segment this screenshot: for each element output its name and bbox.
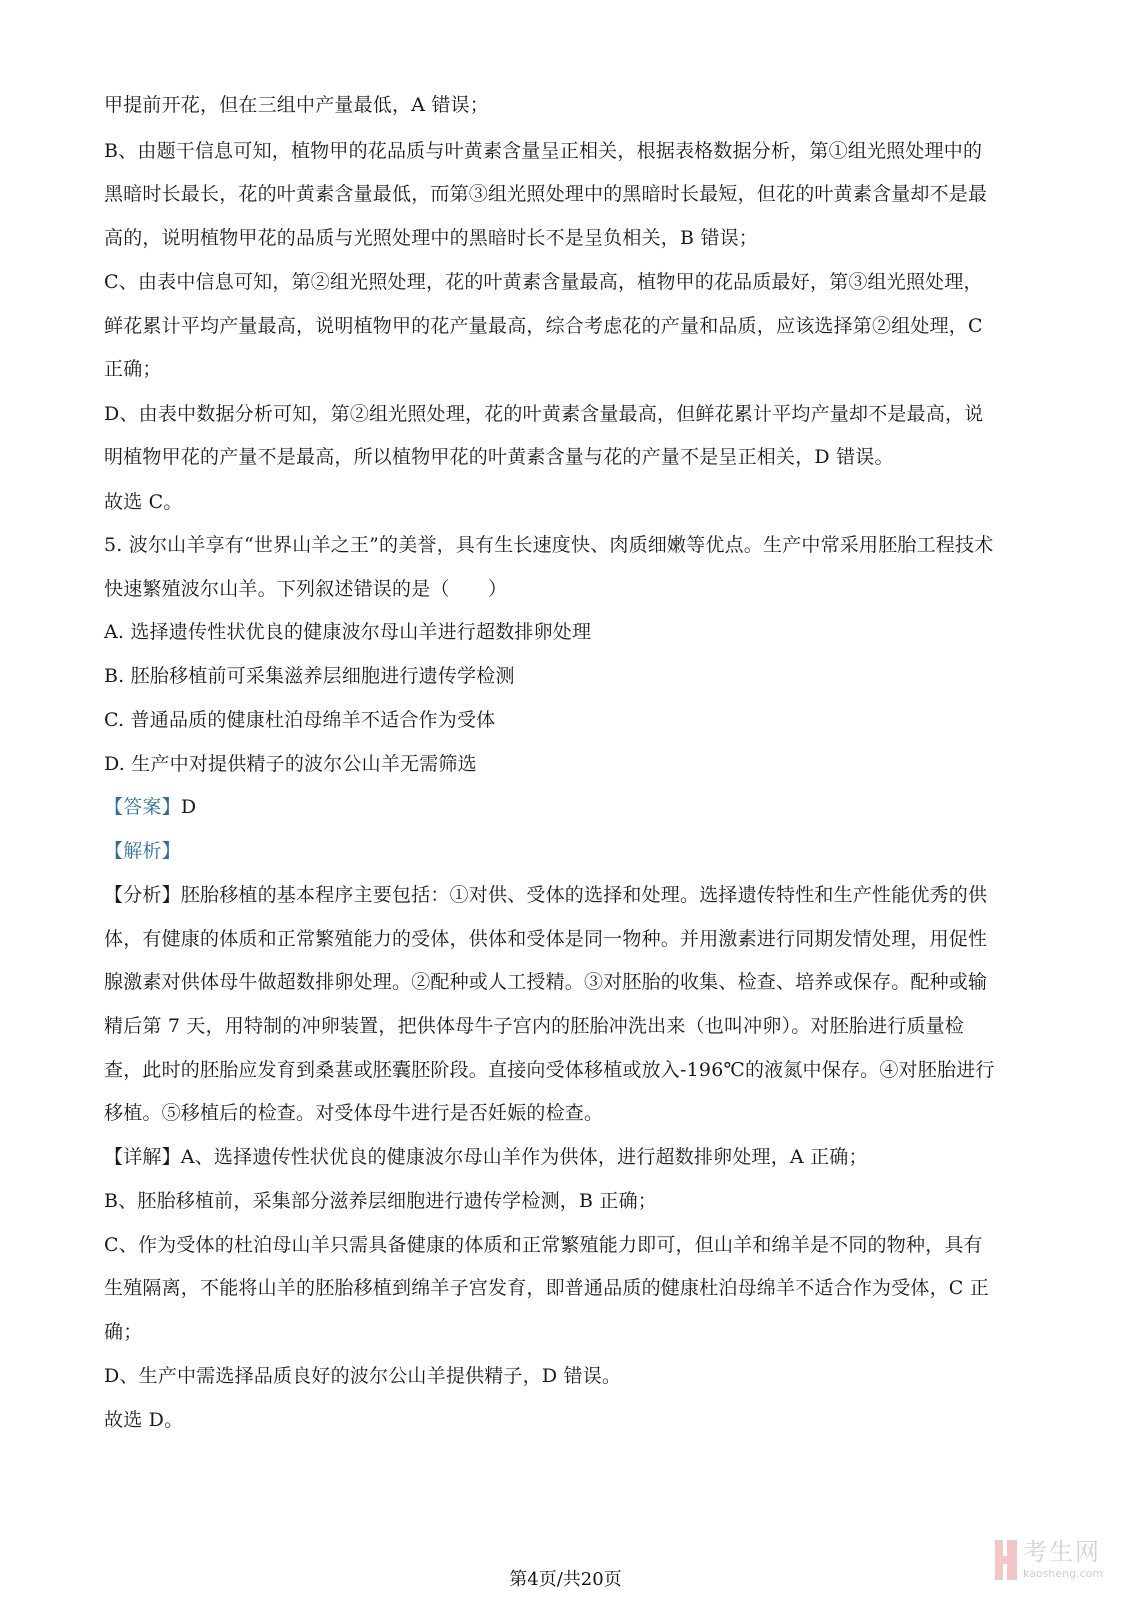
- detail-line: 【详解】A、选择遗传性状优良的健康波尔母山羊作为供体，进行超数排卵处理，A 正确…: [104, 1145, 1034, 1169]
- text-line: 甲提前开花，但在三组中产量最低，A 错误；: [104, 93, 1034, 117]
- option-a: A. 选择遗传性状优良的健康波尔母山羊进行超数排卵处理: [104, 620, 1034, 644]
- final-answer-line: 故选 C。: [104, 490, 1034, 514]
- answer-value: D: [181, 796, 196, 818]
- analysis-tag: 【解析】: [104, 839, 1034, 863]
- analysis-line: 移植。⑤移植后的检查。对受体母牛进行是否妊娠的检查。: [104, 1101, 1034, 1125]
- detail-line: B、胚胎移植前，采集部分滋养层细胞进行遗传学检测，B 正确；: [104, 1189, 1034, 1213]
- text-line: 鲜花累计平均产量最高，说明植物甲的花产量最高，综合考虑花的产量和品质，应该选择第…: [104, 314, 1034, 338]
- option-d: D. 生产中对提供精子的波尔公山羊无需筛选: [104, 752, 1034, 776]
- final-answer-line: 故选 D。: [104, 1408, 1034, 1432]
- text-line: 正确；: [104, 357, 1034, 381]
- detail-line: 生殖隔离，不能将山羊的胚胎移植到绵羊子宫发育，即普通品质的健康杜泊母绵羊不适合作…: [104, 1276, 1034, 1300]
- analysis-line: 精后第 7 天，用特制的冲卵装置，把供体母牛子宫内的胚胎冲洗出来（也叫冲卵）。对…: [104, 1014, 1034, 1038]
- analysis-line: 腺激素对供体母牛做超数排卵处理。②配种或人工授精。③对胚胎的收集、检查、培养或保…: [104, 970, 1034, 994]
- analysis-line: 查，此时的胚胎应发育到桑葚或胚囊胚阶段。直接向受体移植或放入-196℃的液氮中保…: [104, 1058, 1034, 1082]
- kaosheng-logo-icon: [995, 1540, 1017, 1580]
- question-stem: 快速繁殖波尔山羊。下列叙述错误的是（ ）: [104, 577, 1034, 601]
- text-line: C、由表中信息可知，第②组光照处理，花的叶黄素含量最高，植物甲的花品质最好，第③…: [104, 270, 1034, 294]
- text-line: 高的，说明植物甲花的品质与光照处理中的黑暗时长不是呈负相关，B 错误；: [104, 226, 1034, 250]
- watermark-en-text: kaosheng.com: [1023, 1567, 1103, 1581]
- watermark: 考生网 kaosheng.com: [995, 1538, 1115, 1584]
- text-line: 黑暗时长最长，花的叶黄素含量最低，而第③组光照处理中的黑暗时长最短，但花的叶黄素…: [104, 182, 1034, 206]
- detail-line: C、作为受体的杜泊母山羊只需具备健康的体质和正常繁殖能力即可，但山羊和绵羊是不同…: [104, 1233, 1034, 1257]
- detail-line: D、生产中需选择品质良好的波尔公山羊提供精子，D 错误。: [104, 1364, 1034, 1388]
- page-number: 第4页/共20页: [0, 1565, 1131, 1591]
- detail-line: 确；: [104, 1320, 1034, 1344]
- question-stem: 5. 波尔山羊享有“世界山羊之王”的美誉，具有生长速度快、肉质细嫩等优点。生产中…: [104, 533, 1034, 557]
- document-page: 甲提前开花，但在三组中产量最低，A 错误； B、由题干信息可知，植物甲的花品质与…: [0, 0, 1131, 1600]
- answer-line: 【答案】D: [104, 795, 1034, 819]
- text-line: 明植物甲花的产量不是最高，所以植物甲花的叶黄素含量与花的产量不是呈正相关，D 错…: [104, 445, 1034, 469]
- watermark-cn-text: 考生网: [1023, 1538, 1101, 1566]
- option-c: C. 普通品质的健康杜泊母绵羊不适合作为受体: [104, 708, 1034, 732]
- analysis-line: 【分析】胚胎移植的基本程序主要包括：①对供、受体的选择和处理。选择遗传特性和生产…: [104, 883, 1034, 907]
- analysis-line: 体，有健康的体质和正常繁殖能力的受体，供体和受体是同一物种。并用激素进行同期发情…: [104, 927, 1034, 951]
- option-b: B. 胚胎移植前可采集滋养层细胞进行遗传学检测: [104, 664, 1034, 688]
- text-line: D、由表中数据分析可知，第②组光照处理，花的叶黄素含量最高，但鲜花累计平均产量却…: [104, 402, 1034, 426]
- answer-tag: 【答案】: [104, 796, 181, 818]
- text-line: B、由题干信息可知，植物甲的花品质与叶黄素含量呈正相关，根据表格数据分析，第①组…: [104, 139, 1034, 163]
